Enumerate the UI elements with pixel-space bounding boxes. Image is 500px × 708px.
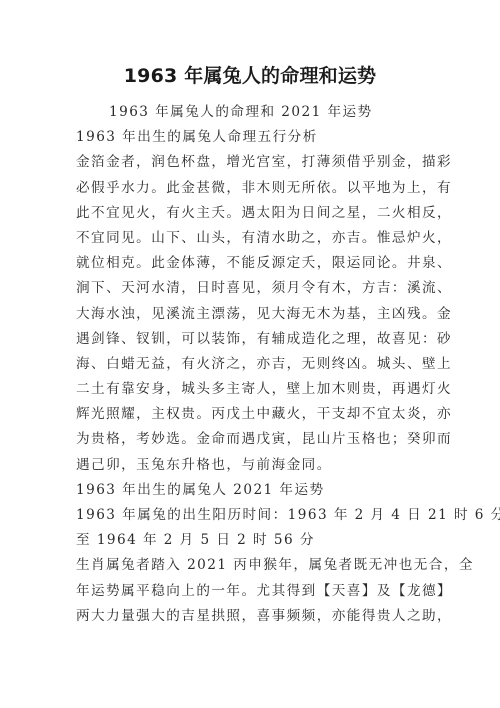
document-body: 1963 年属兔人的命理和 2021 年运势 1963 年出生的属兔人命理五行分… — [76, 100, 426, 629]
birth-date-line: 至 1964 年 2 月 5 日 2 时 56 分 — [76, 528, 426, 553]
paragraph-line: 辉光照耀，主权贵。丙戊土中藏火，干支却不宜太炎，亦 — [76, 402, 426, 427]
paragraph-line: 生肖属兔者踏入 2021 丙申猴年，属兔者既无冲也无合，全 — [76, 553, 426, 578]
paragraph-line: 遇己卯，玉兔东升格也，与前海金同。 — [76, 453, 426, 478]
paragraph-line: 为贵格，考妙选。金命而遇戊寅，昆山片玉格也；癸卯而 — [76, 427, 426, 452]
paragraph-line: 就位相克。此金体薄，不能反源定夭，限运同论。井泉、 — [76, 251, 426, 276]
paragraph-line: 年运势属平稳向上的一年。尤其得到【天喜】及【龙德】 — [76, 579, 426, 604]
paragraph-line: 必假乎水力。此金甚微，非木则无所依。以平地为上，有 — [76, 176, 426, 201]
paragraph-line: 大海水浊，见溪流主漂荡，见大海无木为基，主凶残。金 — [76, 302, 426, 327]
paragraph-line: 涧下、天河水清，日时喜见，须月令有木，方吉：溪流、 — [76, 276, 426, 301]
section-heading-2021-fortune: 1963 年出生的属兔人 2021 年运势 — [76, 478, 426, 503]
paragraph-line: 金箔金者，润色杯盘，增光宫室，打薄须借乎别金，描彩 — [76, 150, 426, 175]
birth-date-line: 1963 年属兔的出生阳历时间：1963 年 2 月 4 日 21 时 6 分 — [76, 503, 426, 528]
subtitle-line: 1963 年属兔人的命理和 2021 年运势 — [76, 100, 426, 125]
paragraph-line: 二土有靠安身，城头多主寄人，壁上加木则贵，再遇灯火 — [76, 377, 426, 402]
section-heading-five-elements: 1963 年出生的属兔人命理五行分析 — [76, 125, 426, 150]
paragraph-line: 此不宜见火，有火主夭。遇太阳为日间之星，二火相反， — [76, 201, 426, 226]
document-page: 1963 年属兔人的命理和运势 1963 年属兔人的命理和 2021 年运势 1… — [0, 0, 500, 708]
document-title: 1963 年属兔人的命理和运势 — [0, 63, 500, 89]
paragraph-line: 不宜同见。山下、山头，有清水助之，亦吉。惟忌炉火， — [76, 226, 426, 251]
paragraph-line: 遇剑锋、钗钏，可以装饰，有辅成造化之理，故喜见：砂 — [76, 327, 426, 352]
paragraph-line: 海、白蜡无益，有火济之，亦吉，无则终凶。城头、壁上 — [76, 352, 426, 377]
paragraph-line: 两大力量强大的吉星拱照，喜事频频，亦能得贵人之助， — [76, 604, 426, 629]
